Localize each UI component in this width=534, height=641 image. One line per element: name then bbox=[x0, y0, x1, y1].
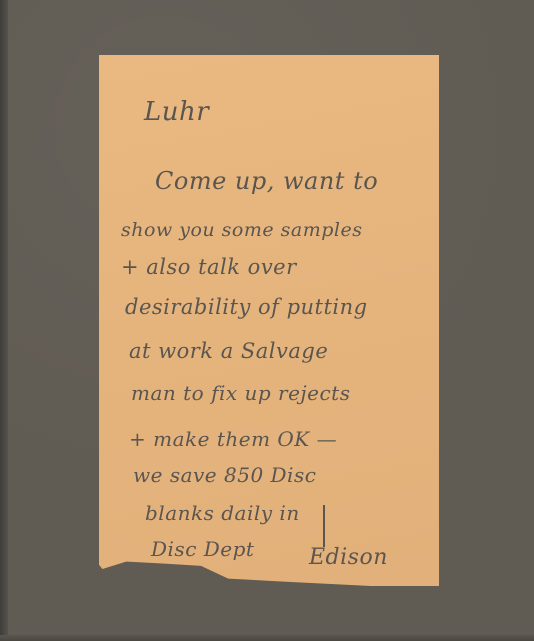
note-line: we save 850 Disc bbox=[133, 463, 316, 487]
note-paper: Luhr Come up, want to show you some samp… bbox=[99, 55, 439, 586]
note-line: Disc Dept bbox=[151, 537, 254, 561]
frame-edge bbox=[0, 0, 8, 641]
note-line: Come up, want to bbox=[155, 167, 378, 195]
note-line: at work a Salvage bbox=[129, 339, 328, 363]
note-line: desirability of putting bbox=[125, 295, 368, 319]
note-line: + also talk over bbox=[121, 255, 297, 279]
note-line: blanks daily in bbox=[145, 501, 300, 525]
signature-flourish bbox=[323, 505, 325, 547]
note-line: + make them OK — bbox=[129, 427, 337, 451]
note-line: man to fix up rejects bbox=[131, 381, 350, 405]
frame-edge-bottom bbox=[0, 635, 534, 641]
signature: Edison bbox=[309, 545, 388, 570]
salutation: Luhr bbox=[144, 97, 209, 127]
note-line: show you some samples bbox=[121, 219, 363, 241]
